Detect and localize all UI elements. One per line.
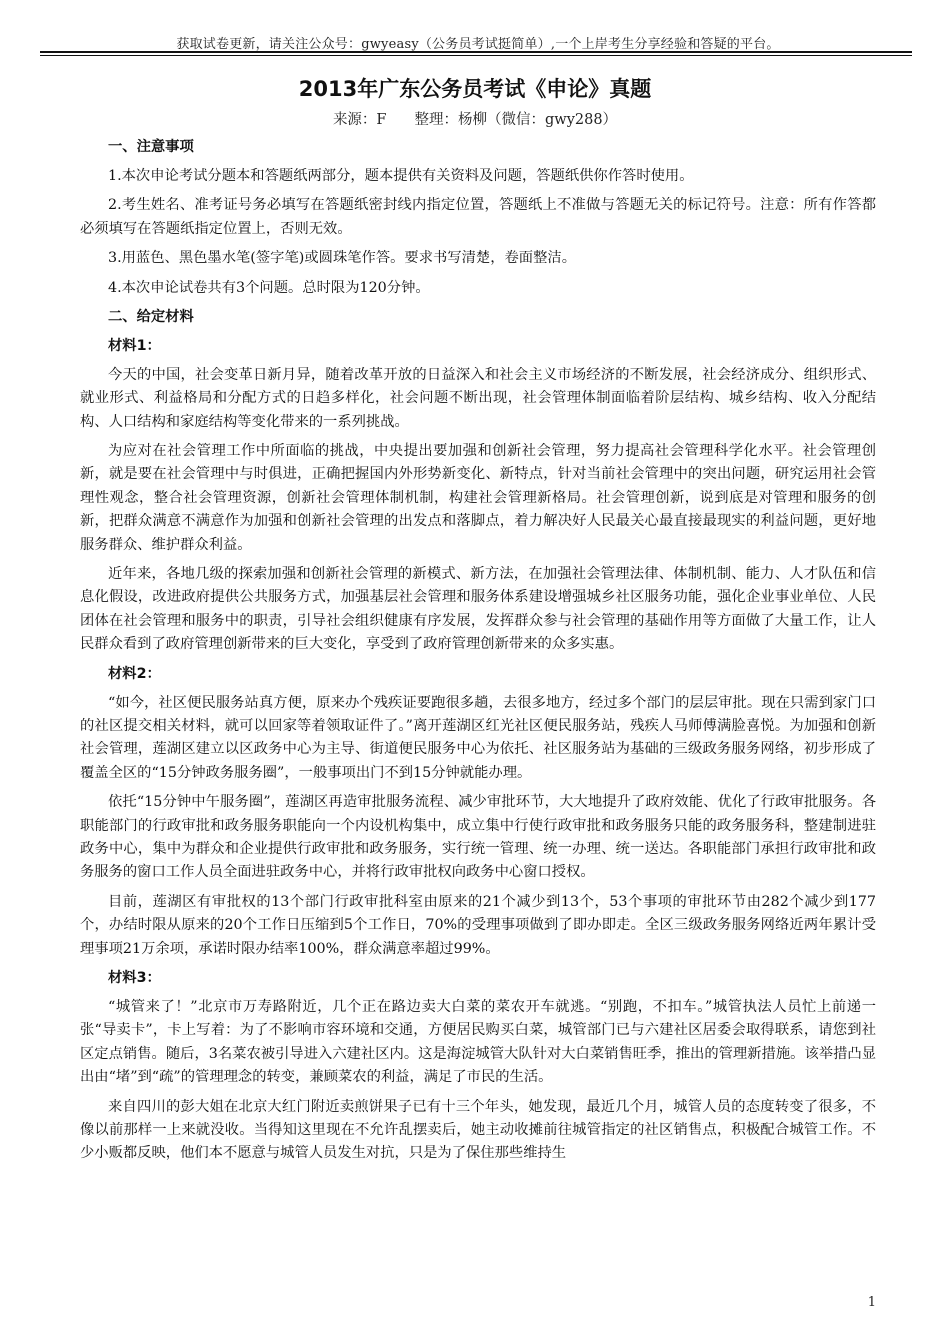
paragraph: 目前，莲湖区有审批权的13个部门行政审批科室由原来的21个减少到13个，53个事… [80, 891, 876, 961]
page-title: 2013年广东公务员考试《申论》真题 [0, 73, 950, 103]
paragraph: 为应对在社会管理工作中所面临的挑战，中央提出要加强和创新社会管理，努力提高社会管… [80, 440, 876, 557]
source-line: 来源：F整理：杨柳（微信：gwy288） [0, 108, 950, 129]
source-editor: 整理：杨柳（微信：gwy288） [415, 112, 618, 128]
page-number: 1 [868, 1295, 876, 1310]
notice-item: 3.用蓝色、黑色墨水笔(签字笔)或圆珠笔作答。要求书写清楚，卷面整洁。 [80, 247, 876, 270]
paragraph: 近年来，各地几级的探索加强和创新社会管理的新模式、新方法，在加强社会管理法律、体… [80, 563, 876, 657]
section-heading-notice: 一、注意事项 [80, 136, 876, 159]
document-body: 一、注意事项 1.本次申论考试分题本和答题纸两部分，题本提供有关资料及问题，答题… [80, 136, 876, 1172]
header-divider [40, 51, 912, 56]
source-from: 来源：F [333, 112, 387, 128]
paragraph: “如今，社区便民服务站真方便，原来办个残疾证要跑很多趟，去很多地方，经过多个部门… [80, 692, 876, 786]
material-1-label: 材料1： [80, 335, 876, 358]
paragraph: 来自四川的彭大姐在北京大红门附近卖煎饼果子已有十三个年头，她发现，最近几个月，城… [80, 1096, 876, 1166]
notice-item: 4.本次申论试卷共有3个问题。总时限为120分钟。 [80, 277, 876, 300]
section-heading-materials: 二、给定材料 [80, 306, 876, 329]
header-note: 获取试卷更新，请关注公众号：gwyeasy（公务员考试挺简单）,一个上岸考生分享… [76, 33, 880, 52]
paragraph: 依托“15分钟中午服务圈”，莲湖区再造审批服务流程、减少审批环节，大大地提升了政… [80, 791, 876, 885]
material-3-label: 材料3： [80, 967, 876, 990]
notice-item: 2.考生姓名、准考证号务必填写在答题纸密封线内指定位置，答题纸上不准做与答题无关… [80, 194, 876, 241]
notice-item: 1.本次申论考试分题本和答题纸两部分，题本提供有关资料及问题，答题纸供你作答时使… [80, 165, 876, 188]
paragraph: “城管来了！”北京市万寿路附近，几个正在路边卖大白菜的菜农开车就逃。“别跑，不扣… [80, 996, 876, 1090]
material-2-label: 材料2： [80, 663, 876, 686]
paragraph: 今天的中国，社会变革日新月异，随着改革开放的日益深入和社会主义市场经济的不断发展… [80, 364, 876, 434]
